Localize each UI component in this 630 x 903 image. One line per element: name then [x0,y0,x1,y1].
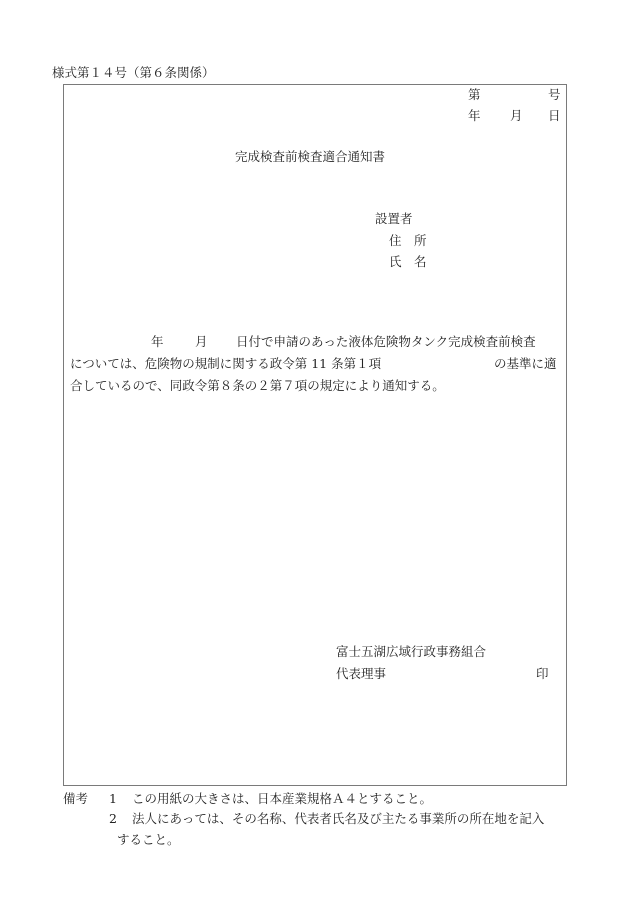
date-month: 月 [510,110,523,123]
body-line3: 合しているので、同政令第８条の２第７項の規定により通知する。 [70,380,445,393]
body-line2-start: については、危険物の規制に関する政令第 11 条第１項 [70,358,381,371]
document-title: 完成検査前検査適合通知書 [235,151,385,164]
body-line2-end: の基準に適 [494,358,557,371]
address-label-2: 所 [414,235,427,248]
body-year: 年 [151,336,164,349]
date-year: 年 [468,110,481,123]
document-frame [63,84,567,786]
body-line1-rest: 日付で申請のあった液体危険物タンク完成検査前検査 [236,336,536,349]
issuer-organization: 富士五湖広域行政事務組合 [336,646,486,659]
date-day: 日 [548,110,561,123]
note-2-continuation: すること。 [117,834,180,847]
installer-heading: 設置者 [375,213,413,226]
note-2-number: 2 [109,813,117,826]
body-month: 月 [195,336,208,349]
address-label-1: 住 [389,235,402,248]
number-suffix: 号 [548,89,561,102]
name-label-2: 名 [414,256,427,269]
issuer-title: 代表理事 [336,668,386,681]
seal-mark: 印 [536,668,549,681]
form-label: 様式第１４号（第６条関係） [52,67,215,80]
number-prefix: 第 [468,89,481,102]
name-label-1: 氏 [389,256,402,269]
note-2-text: 法人にあっては、その名称、代表者氏名及び主たる事業所の所在地を記入 [132,813,544,826]
note-1-text: この用紙の大きさは、日本産業規格Ａ４とすること。 [132,793,432,806]
note-1-number: 1 [109,793,117,806]
notes-label: 備考 [63,793,88,806]
